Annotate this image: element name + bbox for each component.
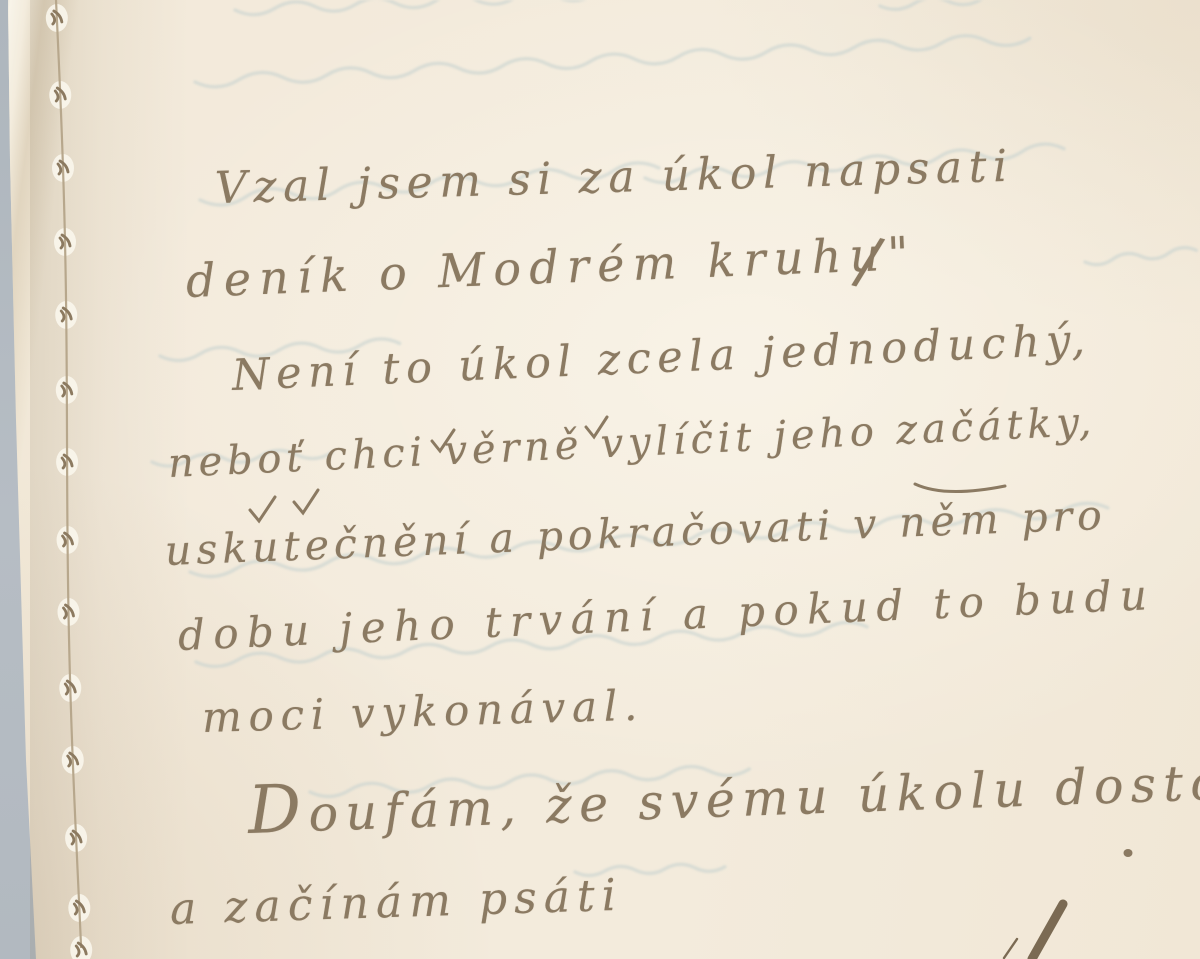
handwriting-line-9: a začínám psáti bbox=[169, 870, 623, 935]
handwriting-line-8: Doufám, že svému úkolu dostojím bbox=[247, 734, 1200, 849]
handwriting-line-5: uskutečnění a pokračovati v něm pro bbox=[164, 491, 1107, 575]
handwriting-line-3: Není to úkol zcela jednoduchý, bbox=[231, 315, 1092, 401]
handwriting-line-2: deník o Modrém kruhu" bbox=[185, 226, 918, 308]
handwriting-line-7: moci vykonával. bbox=[201, 681, 644, 742]
scanned-diary-page: Vzal jsem si za úkol napsati deník o Mod… bbox=[0, 0, 1200, 959]
handwriting-block: Vzal jsem si za úkol napsati deník o Mod… bbox=[0, 0, 1200, 959]
handwriting-line-6: dobu jeho trvání a pokud to budu bbox=[177, 570, 1156, 660]
handwriting-line-4: neboť chci věrně vylíčit jeho začátky, bbox=[167, 399, 1097, 487]
handwriting-line-1: Vzal jsem si za úkol napsati bbox=[214, 141, 1014, 214]
